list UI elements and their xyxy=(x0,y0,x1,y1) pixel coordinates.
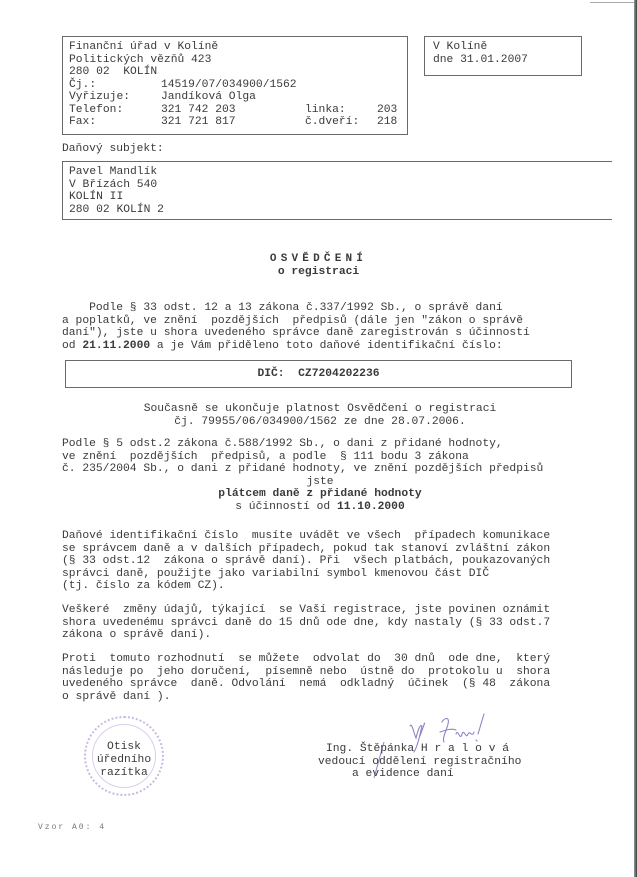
tax-id-label: DIČ: xyxy=(257,368,284,381)
document-subtitle: o registraci xyxy=(0,266,637,279)
registration-date: 21.11.2000 xyxy=(82,340,150,352)
signatory-name: Ing. Štěpánka H r a l o v á xyxy=(318,743,578,756)
para5-line: Veškeré změny údajů, týkající se Vaší re… xyxy=(62,604,602,617)
handler-row: Vyřizuje: Jandíková Olga xyxy=(69,91,407,104)
date-place: V Kolíně xyxy=(433,41,581,54)
sender-address-box: Finanční úřad v Kolíně Politických vězňů… xyxy=(62,36,408,135)
vat-effective-prefix: s účinností od xyxy=(235,501,337,513)
para1-prefix: od xyxy=(62,340,82,352)
phone-row: Telefon: 321 742 203 linka: 203 xyxy=(69,104,407,117)
stamp-line: Otisk xyxy=(84,741,164,754)
sender-city: 280 02 KOLÍN xyxy=(69,66,407,79)
fax-value: 321 721 817 xyxy=(161,116,305,129)
para4-line: (tj. číslo za kódem CZ). xyxy=(62,580,602,593)
stamp-placeholder-text: Otisk úředního razítka xyxy=(84,741,164,780)
fax-label: Fax: xyxy=(69,116,161,129)
phone-value: 321 742 203 xyxy=(161,104,305,117)
scan-top-edge xyxy=(590,2,634,3)
para4-line: správci daně, použijte jako variabilní s… xyxy=(62,568,602,581)
stamp-line: úředního xyxy=(84,754,164,767)
sender-street: Politických vězňů 423 xyxy=(69,54,407,67)
form-code: Vzor A0: 4 xyxy=(38,822,106,835)
appeal-paragraph: Proti tomuto rozhodnutí se můžete odvola… xyxy=(62,653,602,703)
reference-label: Čj.: xyxy=(69,79,161,92)
extension-label: linka: xyxy=(305,104,377,117)
subject-address-box: Pavel Mandlík V Břízách 540 KOLÍN II 280… xyxy=(62,161,612,220)
para1-line: a poplatků, ve znění pozdějších předpisů… xyxy=(62,315,602,328)
para1-suffix: a je Vám přiděleno toto daňové identifik… xyxy=(150,340,503,352)
phone-label: Telefon: xyxy=(69,104,161,117)
date-box: V Kolíně dne 31.01.2007 xyxy=(424,36,582,76)
tax-id-box: DIČ: CZ7204202236 xyxy=(65,360,572,388)
para6-line: Proti tomuto rozhodnutí se můžete odvola… xyxy=(62,653,602,666)
para4-line: (§ 33 odst.12 zákona o správě daní). Při… xyxy=(62,555,602,568)
vat-paragraph: Podle § 5 odst.2 zákona č.588/1992 Sb., … xyxy=(62,438,602,513)
signatory-block: Ing. Štěpánka H r a l o v á vedoucí oddě… xyxy=(318,743,578,781)
tax-id-usage-paragraph: Daňové identifikační číslo musíte uvádět… xyxy=(62,530,602,593)
handler-label: Vyřizuje: xyxy=(69,91,161,104)
subject-label: Daňový subjekt: xyxy=(62,143,164,156)
para3-line: ve znění pozdějších předpisů, a podle § … xyxy=(62,451,602,464)
vat-effective-date: 11.10.2000 xyxy=(337,501,405,513)
vat-payer-status: plátcem daně z přidané hodnoty xyxy=(62,488,578,501)
para5-line: shora uvedenému správci daně do 15 dnů o… xyxy=(62,617,602,630)
sender-name: Finanční úřad v Kolíně xyxy=(69,41,407,54)
para6-line: následuje po jeho doručení, písemně nebo… xyxy=(62,666,602,679)
subject-district: KOLÍN II xyxy=(69,191,612,204)
document-date: dne 31.01.2007 xyxy=(433,54,581,67)
para1-line: od 21.11.2000 a je Vám přiděleno toto da… xyxy=(62,340,602,353)
para4-line: Daňové identifikační číslo musíte uvádět… xyxy=(62,530,602,543)
document-title: OSVĚDČENÍ xyxy=(0,253,637,266)
door-label: č.dveří: xyxy=(305,116,377,129)
signatory-role-continued: a evidence daní xyxy=(318,768,578,781)
fax-row: Fax: 321 721 817 č.dveří: 218 xyxy=(69,116,407,129)
signatory-role: vedoucí oddělení registračního xyxy=(318,756,578,769)
para1-line: Podle § 33 odst. 12 a 13 zákona č.337/19… xyxy=(62,302,602,315)
subject-name: Pavel Mandlík xyxy=(69,166,612,179)
para3-line: Podle § 5 odst.2 zákona č.588/1992 Sb., … xyxy=(62,438,602,451)
subject-street: V Břízách 540 xyxy=(69,179,612,192)
reference-value: 14519/07/034900/1562 xyxy=(161,79,297,92)
reference-row: Čj.: 14519/07/034900/1562 xyxy=(69,79,407,92)
extension-value: 203 xyxy=(377,104,397,117)
changes-notice-paragraph: Veškeré změny údajů, týkající se Vaší re… xyxy=(62,604,602,642)
subject-city: 280 02 KOLÍN 2 xyxy=(69,204,612,217)
previous-certificate-paragraph: Současně se ukončuje platnost Osvědčení … xyxy=(62,403,578,428)
stamp-line: razítka xyxy=(84,767,164,780)
para3-jste: jste xyxy=(62,476,578,489)
registration-paragraph: Podle § 33 odst. 12 a 13 zákona č.337/19… xyxy=(62,302,602,352)
vat-effective-line: s účinností od 11.10.2000 xyxy=(62,501,578,514)
para3-line: č. 235/2004 Sb., o dani z přidané hodnot… xyxy=(62,463,602,476)
para1-line: daní"), jste u shora uvedeného správce d… xyxy=(62,327,602,340)
para2-line: Současně se ukončuje platnost Osvědčení … xyxy=(62,403,578,416)
handler-value: Jandíková Olga xyxy=(161,91,256,104)
para6-line: uvedeného správce daně. Odvolání nemá od… xyxy=(62,678,602,691)
para4-line: se správcem daně a v dalších případech, … xyxy=(62,543,602,556)
door-value: 218 xyxy=(377,116,397,129)
para5-line: zákona o správě daní). xyxy=(62,629,602,642)
para2-line: čj. 79955/06/034900/1562 ze dne 28.07.20… xyxy=(62,416,578,429)
tax-id-value: CZ7204202236 xyxy=(298,368,379,381)
para6-line: o správě daní ). xyxy=(62,691,602,704)
